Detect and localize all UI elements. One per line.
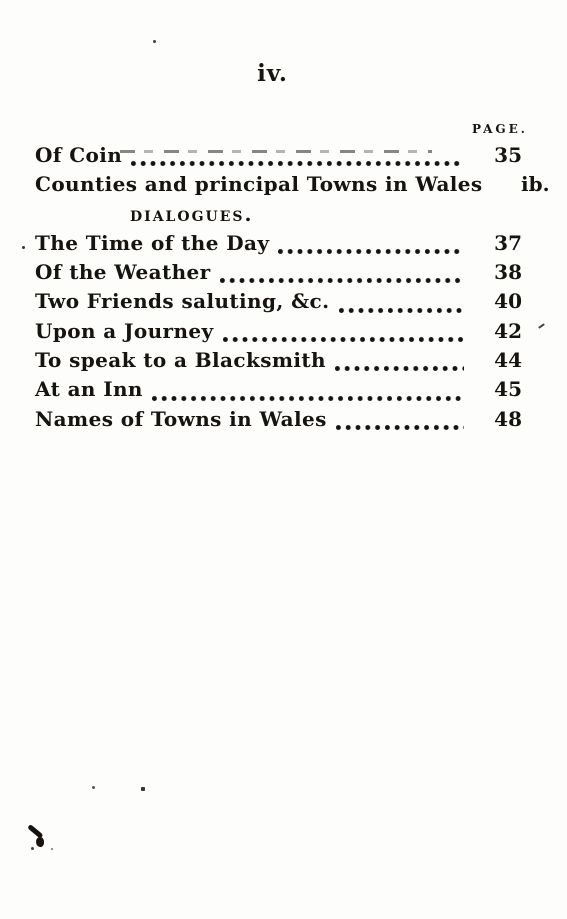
entry-page-number: 44 — [474, 348, 528, 372]
toc-entry: Two Friends saluting, &c. 40 — [35, 289, 528, 318]
ink-speck — [22, 246, 25, 249]
dot-leader — [220, 276, 464, 285]
ink-speck — [538, 323, 545, 329]
entry-title: Counties and principal Towns in Wales — [35, 172, 483, 196]
ink-blot — [36, 837, 44, 847]
toc-entry: At an Inn 45 — [35, 377, 528, 406]
dot-leader — [336, 423, 464, 432]
dot-leader — [335, 364, 464, 373]
entry-page-number: 35 — [474, 143, 528, 167]
page-column-header: Page. — [35, 120, 528, 138]
entry-title: Names of Towns in Wales — [35, 407, 327, 431]
entry-page-number: 38 — [474, 260, 528, 284]
dot-leader — [131, 159, 464, 168]
toc-entry: Names of Towns in Wales 48 — [35, 407, 528, 436]
entry-title: To speak to a Blacksmith — [35, 348, 326, 372]
table-of-contents: Page. Of Coin 35 Counties and principal … — [35, 120, 528, 436]
toc-entry: To speak to a Blacksmith 44 — [35, 348, 528, 377]
dot-leader — [223, 335, 464, 344]
ink-speck — [51, 848, 53, 850]
toc-entry: Upon a Journey 42 — [35, 319, 528, 348]
toc-entry: Of the Weather 38 — [35, 260, 528, 289]
toc-rows: Of Coin 35 Counties and principal Towns … — [35, 143, 528, 436]
toc-entry: Of Coin 35 — [35, 143, 528, 172]
entry-page-number: 42 — [474, 319, 528, 343]
entry-page-number: 45 — [474, 377, 528, 401]
entry-page-number: 37 — [474, 231, 528, 255]
dot-leader — [339, 306, 464, 315]
toc-section-heading: Dialogues. — [35, 202, 528, 231]
ink-speck — [92, 786, 95, 789]
entry-title: Of Coin — [35, 143, 122, 167]
book-page: iv. Page. Of Coin 35 Counties and princi… — [0, 0, 567, 919]
dot-leader — [278, 247, 464, 256]
entry-title: Upon a Journey — [35, 319, 214, 343]
entry-title: Of the Weather — [35, 260, 211, 284]
entry-title: At an Inn — [35, 377, 143, 401]
entry-page-number: 48 — [474, 407, 528, 431]
dot-leader — [152, 394, 464, 403]
ink-speck — [31, 847, 34, 850]
toc-entry: The Time of the Day 37 — [35, 231, 528, 260]
entry-title: The Time of the Day — [35, 231, 269, 255]
ink-speck — [141, 787, 145, 791]
ink-speck — [153, 40, 156, 43]
section-heading-text: Dialogues. — [130, 202, 254, 226]
entry-page-number: 40 — [474, 289, 528, 313]
folio-page-number: iv. — [0, 60, 545, 87]
entry-page-number: ib. — [502, 172, 556, 196]
entry-title: Two Friends saluting, &c. — [35, 289, 330, 313]
toc-entry: Counties and principal Towns in Wales ib… — [35, 172, 528, 201]
